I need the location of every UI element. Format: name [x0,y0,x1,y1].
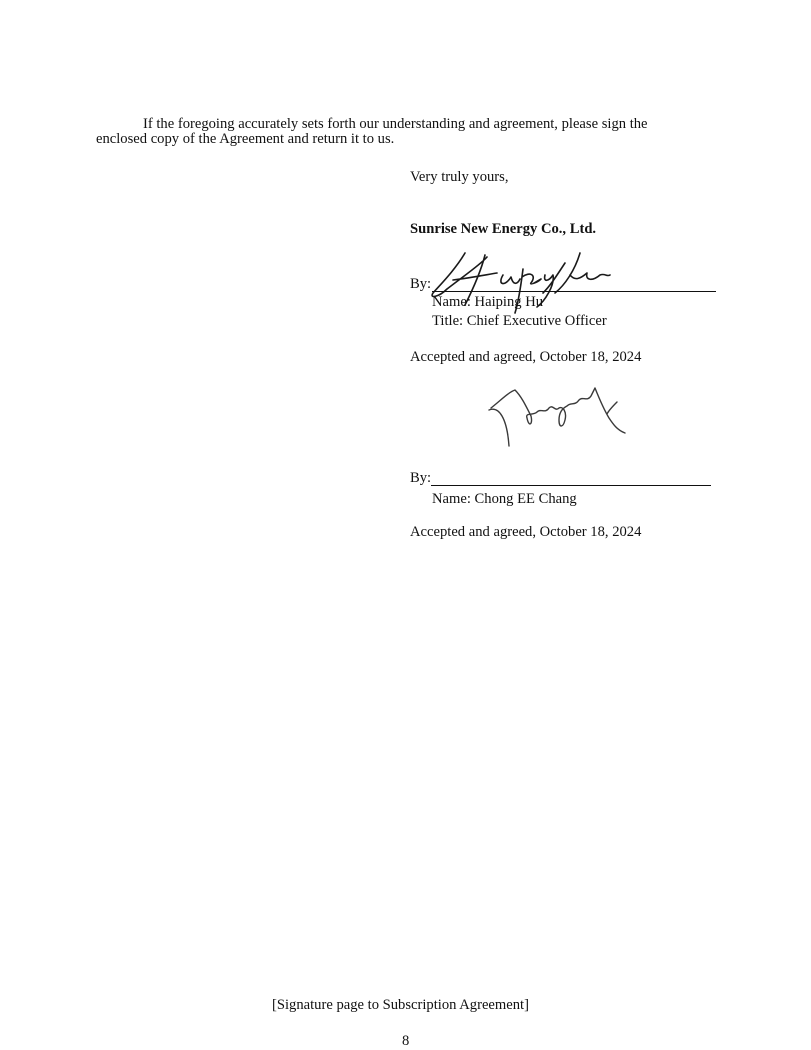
company-signature-line [432,291,716,292]
closing-salutation: Very truly yours, [410,169,509,186]
signature-chong-ee-chang [487,378,637,450]
subscriber-signer-name: Name: Chong EE Chang [432,491,577,508]
company-signer-name: Name: Haiping Hu [432,294,543,311]
subscriber-accepted-date: Accepted and agreed, October 18, 2024 [410,524,641,541]
page-number: 8 [402,1033,409,1050]
subscriber-by-label: By: [410,470,431,487]
company-accepted-date: Accepted and agreed, October 18, 2024 [410,349,641,366]
company-name: Sunrise New Energy Co., Ltd. [410,221,596,238]
body-paragraph-line-2: enclosed copy of the Agreement and retur… [96,131,394,148]
company-by-label: By: [410,276,431,293]
subscriber-signature-line [431,485,711,486]
signature-page-caption: [Signature page to Subscription Agreemen… [272,997,529,1014]
company-signer-title: Title: Chief Executive Officer [432,313,607,330]
